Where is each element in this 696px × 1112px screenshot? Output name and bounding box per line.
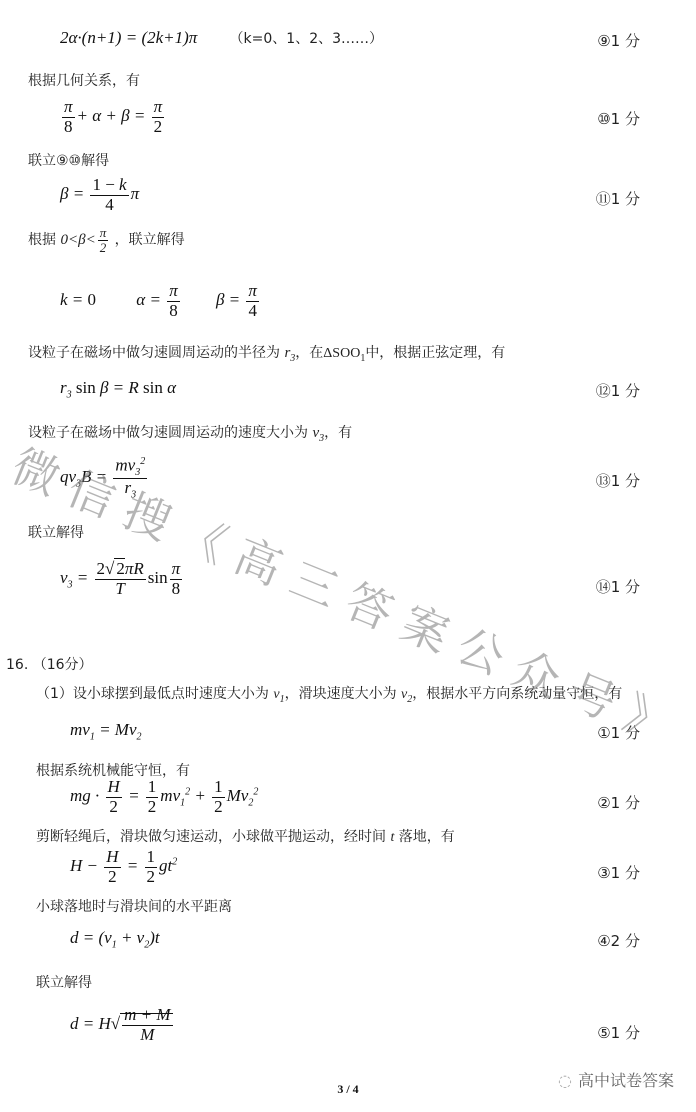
text-radius: 设粒子在磁场中做匀速圆周运动的半径为 r3，在ΔSOO1中，根据正弦定理，有	[28, 342, 505, 364]
score-q16-4: ④2 分	[597, 930, 640, 951]
equation-10: π8+ α + β = π2	[60, 98, 166, 136]
question-16-heading: 16. （16分）	[6, 654, 93, 674]
text-range: 根据 0<β<π2 ，联立解得	[28, 226, 185, 256]
text-cut-rope: 剪断轻绳后，滑块做匀速运动，小球做平抛运动，经时间 t 落地，有	[36, 826, 455, 846]
score-13: ⑬1 分	[596, 470, 640, 491]
score-q16-1: ①1 分	[597, 722, 640, 743]
text-combine-solve-2: 联立解得	[36, 972, 92, 992]
equation-14: v3 = 2√2πRTsinπ8	[60, 560, 184, 598]
equation-9-note: （k=0、1、2、3……）	[230, 31, 383, 47]
score-11: ⑪1 分	[596, 188, 640, 209]
equation-q16-4: d = (v1 + v2)t	[70, 928, 160, 950]
text-velocity: 设粒子在磁场中做匀速圆周运动的速度大小为 v3，有	[28, 422, 352, 444]
equation-q16-5: d = H√m + MM	[70, 1006, 173, 1044]
score-q16-2: ②1 分	[597, 792, 640, 813]
equation-11: β = 1 − k4π	[60, 176, 139, 214]
text-horizontal-distance: 小球落地时与滑块间的水平距离	[36, 896, 232, 916]
score-14: ⑭1 分	[596, 576, 640, 597]
score-q16-5: ⑤1 分	[597, 1022, 640, 1043]
equation-q16-3: H − H2 = 12gt2	[70, 848, 177, 886]
equation-q16-2: mg · H2 = 12mv12 + 12Mv22	[70, 778, 258, 816]
text-combine-solve: 联立解得	[28, 522, 84, 542]
score-q16-3: ③1 分	[597, 862, 640, 883]
equation-13: qv3B = mv32r3	[60, 456, 149, 500]
footer-logo: ◌高中试卷答案	[558, 1068, 674, 1091]
score-12: ⑫1 分	[596, 380, 640, 401]
text-geometry: 根据几何关系，有	[28, 70, 140, 90]
equation-result: k = 0 α = π8 β = π4	[60, 282, 261, 320]
equation-12: r3 sin β = R sin α	[60, 378, 176, 400]
score-10: ⑩1 分	[597, 108, 640, 129]
score-9: ⑨1 分	[597, 30, 640, 51]
text-combine-9-10: 联立⑨⑩解得	[28, 150, 109, 170]
equation-9: 2α·(n+1) = (2k+1)π （k=0、1、2、3……）	[60, 28, 383, 48]
text-q16-part1: （1）设小球摆到最低点时速度大小为 v1，滑块速度大小为 v2，根据水平方向系统…	[36, 683, 622, 705]
wechat-icon: ◌	[558, 1071, 572, 1090]
footer-logo-text: 高中试卷答案	[578, 1071, 674, 1090]
equation-q16-1: mv1 = Mv2	[70, 720, 142, 742]
